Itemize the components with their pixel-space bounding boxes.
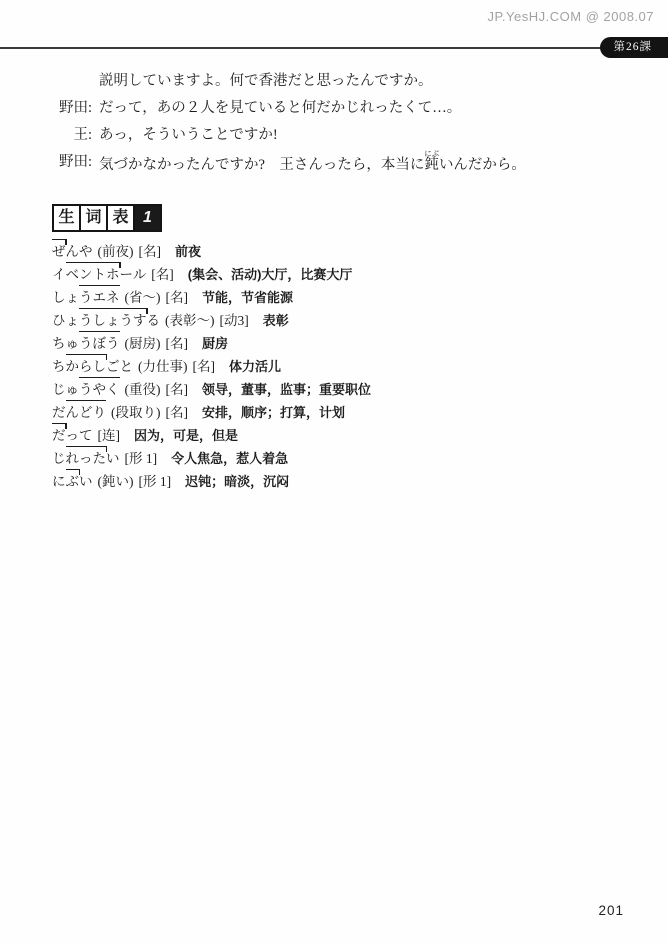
vocab-meaning: 厨房 [202, 336, 228, 351]
dialogue-text: あっ，そういうことですか! [99, 122, 648, 149]
dialogue-line: 野田: 気づかなかったんですか? 王さんったら，本当に鈍にぶいんだから。 [52, 149, 648, 176]
vocab-pos: [名] [151, 267, 174, 282]
vocab-kanji: (鈍い) [98, 474, 134, 489]
vocab-title-char: 生 [54, 206, 79, 230]
vocab-reading: じゅうやく [52, 382, 120, 397]
vocab-meaning: 领导，董事，监事；重要职位 [202, 382, 371, 397]
pitch-accent-overline: うしょうす [79, 308, 147, 332]
vocab-kanji: (力仕事) [138, 359, 188, 374]
vocab-kanji: (重役) [125, 382, 161, 397]
ruby-annotated-kanji: 鈍にぶ [424, 157, 439, 173]
dialogue-line: 説明していますよ。何で香港だと思ったんですか。 [52, 68, 648, 95]
vocab-reading: ちゅうぼう [52, 336, 120, 351]
vocab-meaning: 表彰 [263, 313, 289, 328]
vocab-title-box: 生 词 表 1 [52, 204, 162, 232]
vocab-meaning: 因为，可是，但是 [134, 428, 238, 443]
page-number: 201 [598, 903, 624, 918]
dialogue-line: 野田: だって，あの２人を見ていると何だかじれったくて…。 [52, 95, 648, 122]
vocab-reading: しょうエネ [52, 290, 120, 305]
vocab-kanji: (段取り) [111, 405, 161, 420]
vocab-meaning: 迟钝；暗淡，沉闷 [185, 474, 289, 489]
furigana: にぶ [424, 149, 439, 158]
vocab-kanji: (省～) [125, 290, 161, 305]
vocab-kanji: (厨房) [125, 336, 161, 351]
dialogue-text-post: いんだから。 [439, 157, 526, 173]
ruby-base: 鈍 [424, 157, 439, 173]
vocab-pos: [名] [166, 290, 189, 305]
pitch-accent-overline: からし [66, 354, 107, 378]
vocab-entry: だって[连]因为，可是，但是 [52, 424, 648, 447]
vocab-kanji: (表彰～) [165, 313, 215, 328]
vocab-pos: [名] [166, 382, 189, 397]
vocab-entry: イベントホール[名](集会、活动)大厅，比赛大厅 [52, 263, 648, 286]
vocab-reading: ぜんや [52, 244, 93, 259]
vocab-reading: ちからしごと [52, 359, 133, 374]
pitch-accent-overline: だ [52, 423, 66, 447]
pitch-accent-overline: れった [66, 446, 107, 470]
pitch-accent-overline: ぜ [52, 239, 66, 263]
speaker-label: 野田: [52, 149, 92, 176]
vocab-pos: [名] [166, 336, 189, 351]
pitch-accent-overline: うやく [79, 377, 120, 401]
vocab-pos: [名] [166, 405, 189, 420]
dialogue-text: だって，あの２人を見ていると何だかじれったくて…。 [99, 95, 648, 122]
vocab-list: ぜんや(前夜)[名]前夜 イベントホール[名](集会、活动)大厅，比赛大厅 しょ… [52, 240, 648, 493]
vocab-entry: ちからしごと(力仕事)[名]体力活儿 [52, 355, 648, 378]
vocab-kanji: (前夜) [98, 244, 134, 259]
vocab-reading: だんどり [52, 405, 106, 420]
vocab-entry: しょうエネ(省～)[名]节能，节省能源 [52, 286, 648, 309]
vocab-entry: じゅうやく(重役)[名]领导，董事，监事；重要职位 [52, 378, 648, 401]
vocab-reading: じれったい [52, 451, 120, 466]
vocab-title-char: 词 [79, 206, 106, 230]
vocab-title-number: 1 [133, 206, 160, 230]
vocab-entry: ちゅうぼう(厨房)[名]厨房 [52, 332, 648, 355]
pitch-accent-overline: うぼう [79, 331, 120, 355]
dialogue-line: 王: あっ，そういうことですか! [52, 122, 648, 149]
pitch-accent-overline: ベントホ [66, 262, 120, 286]
vocab-entry: にぶい(鈍い)[形 1]迟钝；暗淡，沉闷 [52, 470, 648, 493]
dialogue-text: 気づかなかったんですか? 王さんったら，本当に鈍にぶいんだから。 [99, 149, 648, 176]
vocab-entry: だんどり(段取り)[名]安排，顺序；打算，计划 [52, 401, 648, 424]
vocab-reading: にぶい [52, 474, 93, 489]
pitch-accent-overline: ぶ [66, 469, 80, 493]
vocab-meaning: 前夜 [175, 244, 201, 259]
pitch-accent-overline: んどり [66, 400, 107, 424]
vocab-title-char: 表 [106, 206, 133, 230]
vocab-pos: [名] [139, 244, 162, 259]
header-rule [0, 47, 668, 49]
dialogue-text: 説明していますよ。何で香港だと思ったんですか。 [99, 68, 648, 95]
speaker-label: 王: [52, 122, 92, 149]
vocab-pos: [动3] [220, 313, 249, 328]
vocab-pos: [形 1] [139, 474, 172, 489]
speaker-label [52, 68, 92, 95]
vocab-pos: [连] [98, 428, 121, 443]
vocab-reading: だって [52, 428, 93, 443]
vocab-pos: [名] [193, 359, 216, 374]
vocab-entry: ぜんや(前夜)[名]前夜 [52, 240, 648, 263]
speaker-label: 野田: [52, 95, 92, 122]
textbook-page: JP.YesHJ.COM @ 2008.07 第26課 説明していますよ。何で香… [0, 0, 668, 945]
pitch-accent-overline: うエネ [79, 285, 120, 309]
vocab-meaning: 安排，顺序；打算，计划 [202, 405, 345, 420]
watermark: JP.YesHJ.COM @ 2008.07 [487, 9, 654, 24]
vocab-reading: ひょうしょうする [52, 313, 160, 328]
vocab-entry: ひょうしょうする(表彰～)[动3]表彰 [52, 309, 648, 332]
vocab-meaning: 令人焦急，惹人着急 [171, 451, 288, 466]
vocab-reading: イベントホール [52, 267, 146, 282]
vocab-meaning: (集会、活动)大厅，比赛大厅 [188, 267, 353, 282]
vocab-meaning: 节能，节省能源 [202, 290, 293, 305]
vocab-entry: じれったい[形 1]令人焦急，惹人着急 [52, 447, 648, 470]
dialogue-block: 説明していますよ。何で香港だと思ったんですか。 野田: だって，あの２人を見てい… [52, 68, 648, 176]
lesson-badge: 第26課 [600, 37, 668, 58]
dialogue-text-pre: 気づかなかったんですか? 王さんったら，本当に [99, 157, 424, 173]
vocab-pos: [形 1] [125, 451, 158, 466]
vocab-meaning: 体力活儿 [229, 359, 281, 374]
